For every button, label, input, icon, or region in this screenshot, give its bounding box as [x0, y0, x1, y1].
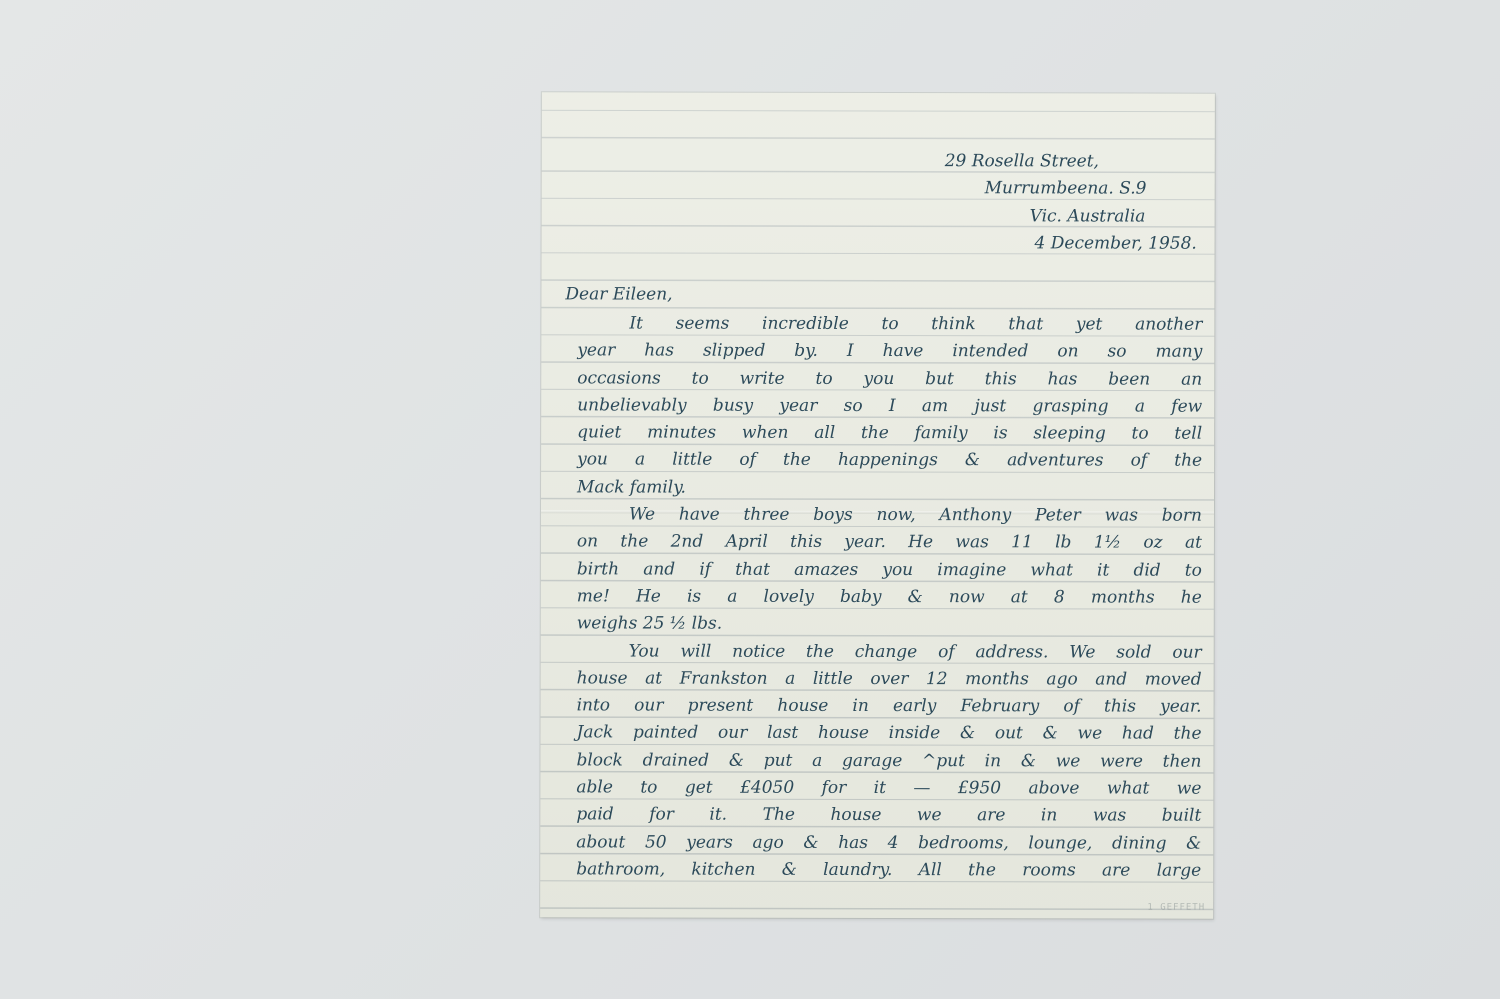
- letter-date: 4 December, 1958.: [945, 230, 1205, 258]
- body-line: block drained & put a garage ^put in & w…: [576, 747, 1201, 776]
- letter-page: 29 Rosella Street, Murrumbeena. S.9 Vic.…: [540, 92, 1215, 918]
- body-line: We have three boys now, Anthony Peter wa…: [577, 501, 1202, 530]
- archive-stamp: 1 GEFFETH: [1147, 903, 1205, 913]
- body-line: you a little of the happenings & adventu…: [577, 447, 1202, 476]
- body-line: It seems incredible to think that yet an…: [577, 310, 1202, 339]
- body-line: Jack painted our last house inside & out…: [576, 720, 1201, 749]
- body-line: about 50 years ago & has 4 bedrooms, lou…: [576, 829, 1201, 858]
- body-line: unbelievably busy year so I am just gras…: [577, 392, 1202, 421]
- body-line: weighs 25 ½ lbs.: [577, 611, 1202, 640]
- body-line: me! He is a lovely baby & now at 8 month…: [577, 583, 1202, 612]
- body-line: birth and if that amazes you imagine wha…: [577, 556, 1202, 585]
- salutation: Dear Eileen,: [565, 284, 672, 304]
- body-line: paid for it. The house we are in was bui…: [576, 802, 1201, 831]
- body-line: quiet minutes when all the family is sle…: [577, 420, 1202, 449]
- body-line: Mack family.: [577, 474, 1202, 503]
- body-line: You will notice the change of address. W…: [577, 638, 1202, 667]
- sender-address: 29 Rosella Street, Murrumbeena. S.9 Vic.…: [945, 148, 1205, 258]
- letter-body: It seems incredible to think that yet an…: [576, 310, 1202, 885]
- address-state-country: Vic. Australia: [945, 203, 1205, 231]
- body-line: on the 2nd April this year. He was 11 lb…: [577, 529, 1202, 558]
- body-line: house at Frankston a little over 12 mont…: [577, 665, 1202, 694]
- body-line: into our present house in early February…: [577, 693, 1202, 722]
- body-line: year has slipped by. I have intended on …: [577, 338, 1202, 367]
- body-line: bathroom, kitchen & laundry. All the roo…: [576, 856, 1201, 885]
- body-line: able to get £4050 for it — £950 above wh…: [576, 774, 1201, 803]
- address-street: 29 Rosella Street,: [945, 148, 1205, 176]
- address-suburb: Murrumbeena. S.9: [945, 175, 1205, 203]
- body-line: occasions to write to you but this has b…: [577, 365, 1202, 394]
